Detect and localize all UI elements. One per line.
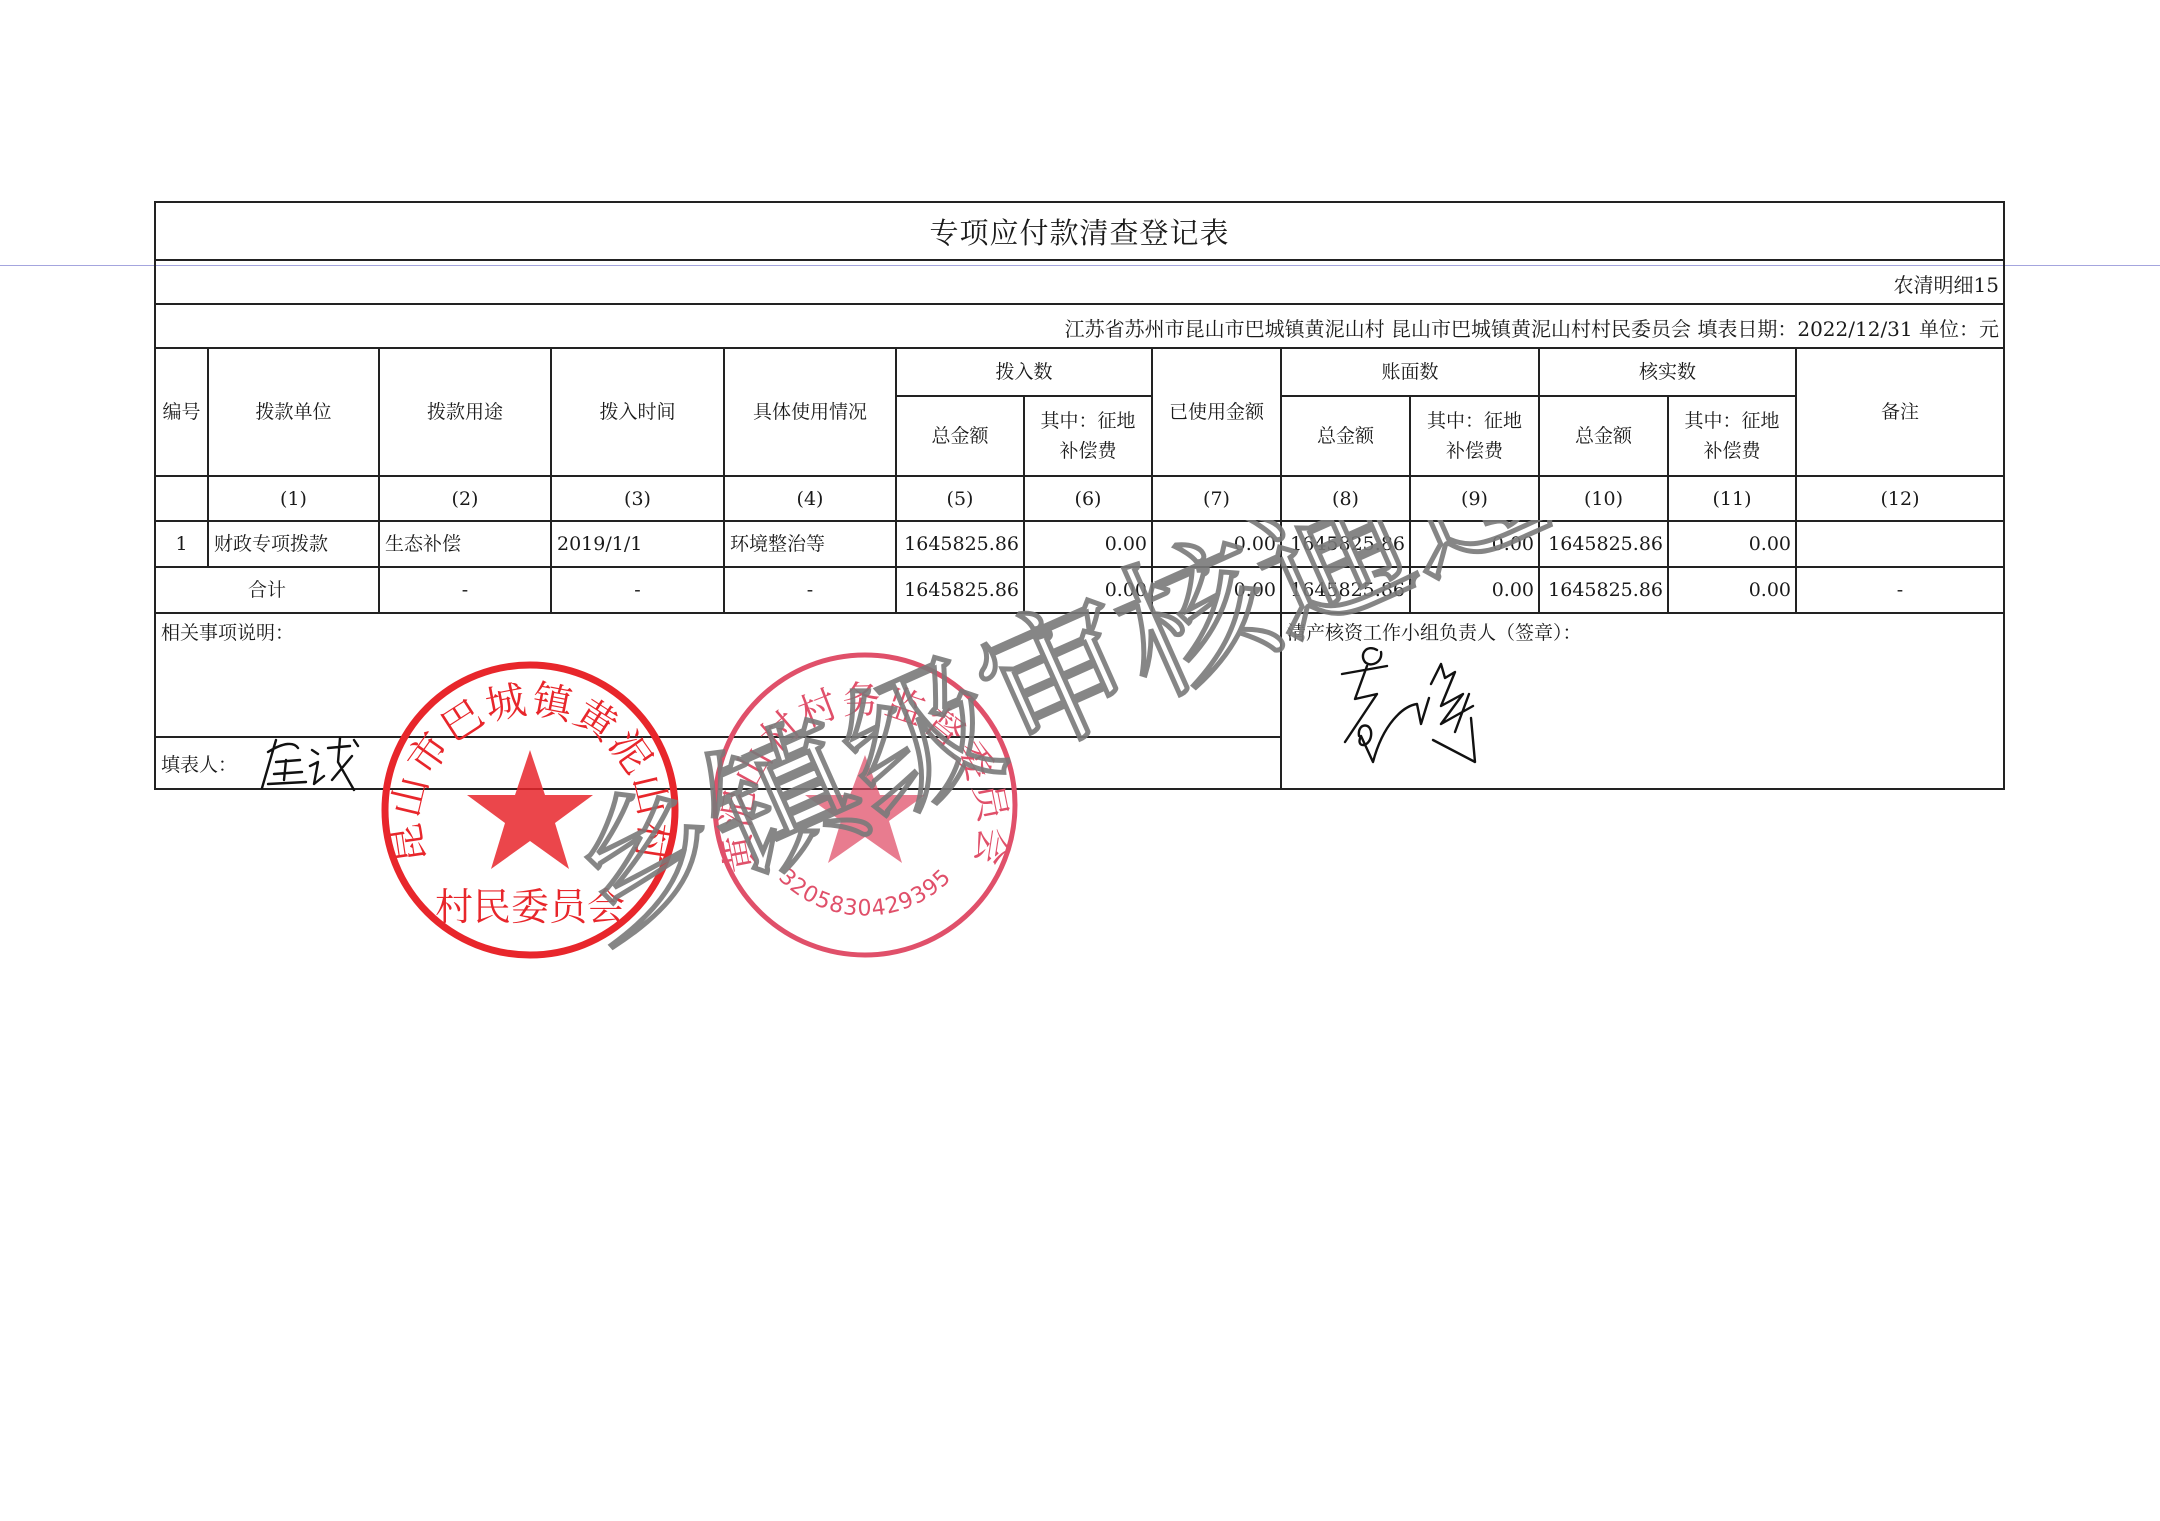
total-cell-verified_land: 0.00: [1669, 568, 1797, 614]
table-cell-remarks: [1797, 522, 2003, 568]
column-index: (3): [552, 477, 725, 522]
table-cell-time: 2019/1/1: [552, 522, 725, 568]
total-cell-received_land: 0.00: [1025, 568, 1153, 614]
table-cell-verified_land: 0.00: [1669, 522, 1797, 568]
header-verified-total: 总金额: [1540, 397, 1669, 477]
total-cell-purpose: -: [380, 568, 552, 614]
header-time: 拨入时间: [552, 349, 725, 477]
leader-signature: [1337, 644, 1537, 794]
total-cell-usage: -: [725, 568, 897, 614]
stamp-number: 3205830429395: [774, 864, 957, 921]
header-unit: 拨款单位: [209, 349, 380, 477]
total-cell-book_land: 0.00: [1411, 568, 1540, 614]
header-received-total: 总金额: [897, 397, 1025, 477]
total-cell-verified_total: 1645825.86: [1540, 568, 1669, 614]
info-line: 江苏省苏州市昆山市巴城镇黄泥山村 昆山市巴城镇黄泥山村村民委员会 填表日期：20…: [1065, 313, 1999, 342]
header-remarks: 备注: [1797, 349, 2003, 477]
table-cell-usage: 环境整治等: [725, 522, 897, 568]
svg-text:3205830429395: 3205830429395: [774, 864, 957, 921]
filler-signature: [254, 732, 364, 794]
header-book-land: 其中：征地 补偿费: [1411, 397, 1540, 477]
column-index: (4): [725, 477, 897, 522]
header-no: 编号: [156, 349, 209, 477]
column-index: (6): [1025, 477, 1153, 522]
total-cell-time: -: [552, 568, 725, 614]
star-icon: [805, 755, 925, 863]
header-book-group: 账面数: [1282, 349, 1540, 397]
column-index: (1): [209, 477, 380, 522]
header-used-amount: 已使用金额: [1153, 349, 1282, 477]
page-title: 专项应付款清查登记表: [156, 211, 2003, 252]
row-number: 1: [156, 522, 209, 568]
column-index: (9): [1411, 477, 1540, 522]
table-cell-received_total: 1645825.86: [897, 522, 1025, 568]
title-row: 专项应付款清查登记表: [156, 203, 2003, 261]
supervision-committee-stamp: 黄泥山村村务监督委员会 3205830429395: [705, 645, 1025, 965]
table-cell-received_land: 0.00: [1025, 522, 1153, 568]
column-index: (8): [1282, 477, 1411, 522]
index-cell-empty: [156, 477, 209, 522]
header-purpose: 拨款用途: [380, 349, 552, 477]
total-cell-received_total: 1645825.86: [897, 568, 1025, 614]
leader-label: 清产核资工作小组负责人（签章）：: [1287, 618, 1582, 645]
header-book-total: 总金额: [1282, 397, 1411, 477]
header-received-group: 拨入数: [897, 349, 1153, 397]
column-index: (5): [897, 477, 1025, 522]
column-index: (10): [1540, 477, 1669, 522]
table-cell-verified_total: 1645825.86: [1540, 522, 1669, 568]
total-label: 合计: [156, 568, 380, 614]
table-cell-unit: 财政专项拨款: [209, 522, 380, 568]
header-verified-land: 其中：征地 补偿费: [1669, 397, 1797, 477]
leader-sign-area: 清产核资工作小组负责人（签章）：: [1282, 614, 2003, 788]
column-index: (2): [380, 477, 552, 522]
stamp-bottom-text: 村民委员会: [435, 885, 625, 929]
column-index: (12): [1797, 477, 2003, 522]
village-committee-stamp: 昆山市巴城镇黄泥山村 村民委员会: [375, 655, 685, 965]
total-cell-book_total: 1645825.86: [1282, 568, 1411, 614]
star-icon: [467, 750, 593, 869]
column-index: (11): [1669, 477, 1797, 522]
notes-label: 相关事项说明：: [161, 618, 294, 645]
info-row: 江苏省苏州市昆山市巴城镇黄泥山村 昆山市巴城镇黄泥山村村民委员会 填表日期：20…: [156, 305, 2003, 349]
header-verified-group: 核实数: [1540, 349, 1797, 397]
table-cell-book_total: 1645825.86: [1282, 522, 1411, 568]
filler-label: 填表人：: [161, 750, 237, 777]
header-received-land: 其中：征地 补偿费: [1025, 397, 1153, 477]
table-cell-book_land: 0.00: [1411, 522, 1540, 568]
table-cell-purpose: 生态补偿: [380, 522, 552, 568]
form-code: 农清明细15: [1894, 269, 1999, 298]
total-cell-remarks: -: [1797, 568, 2003, 614]
table-cell-used: 0.00: [1153, 522, 1282, 568]
total-cell-used: 0.00: [1153, 568, 1282, 614]
column-index: (7): [1153, 477, 1282, 522]
header-usage: 具体使用情况: [725, 349, 897, 477]
form-code-row: 农清明细15: [156, 261, 2003, 305]
